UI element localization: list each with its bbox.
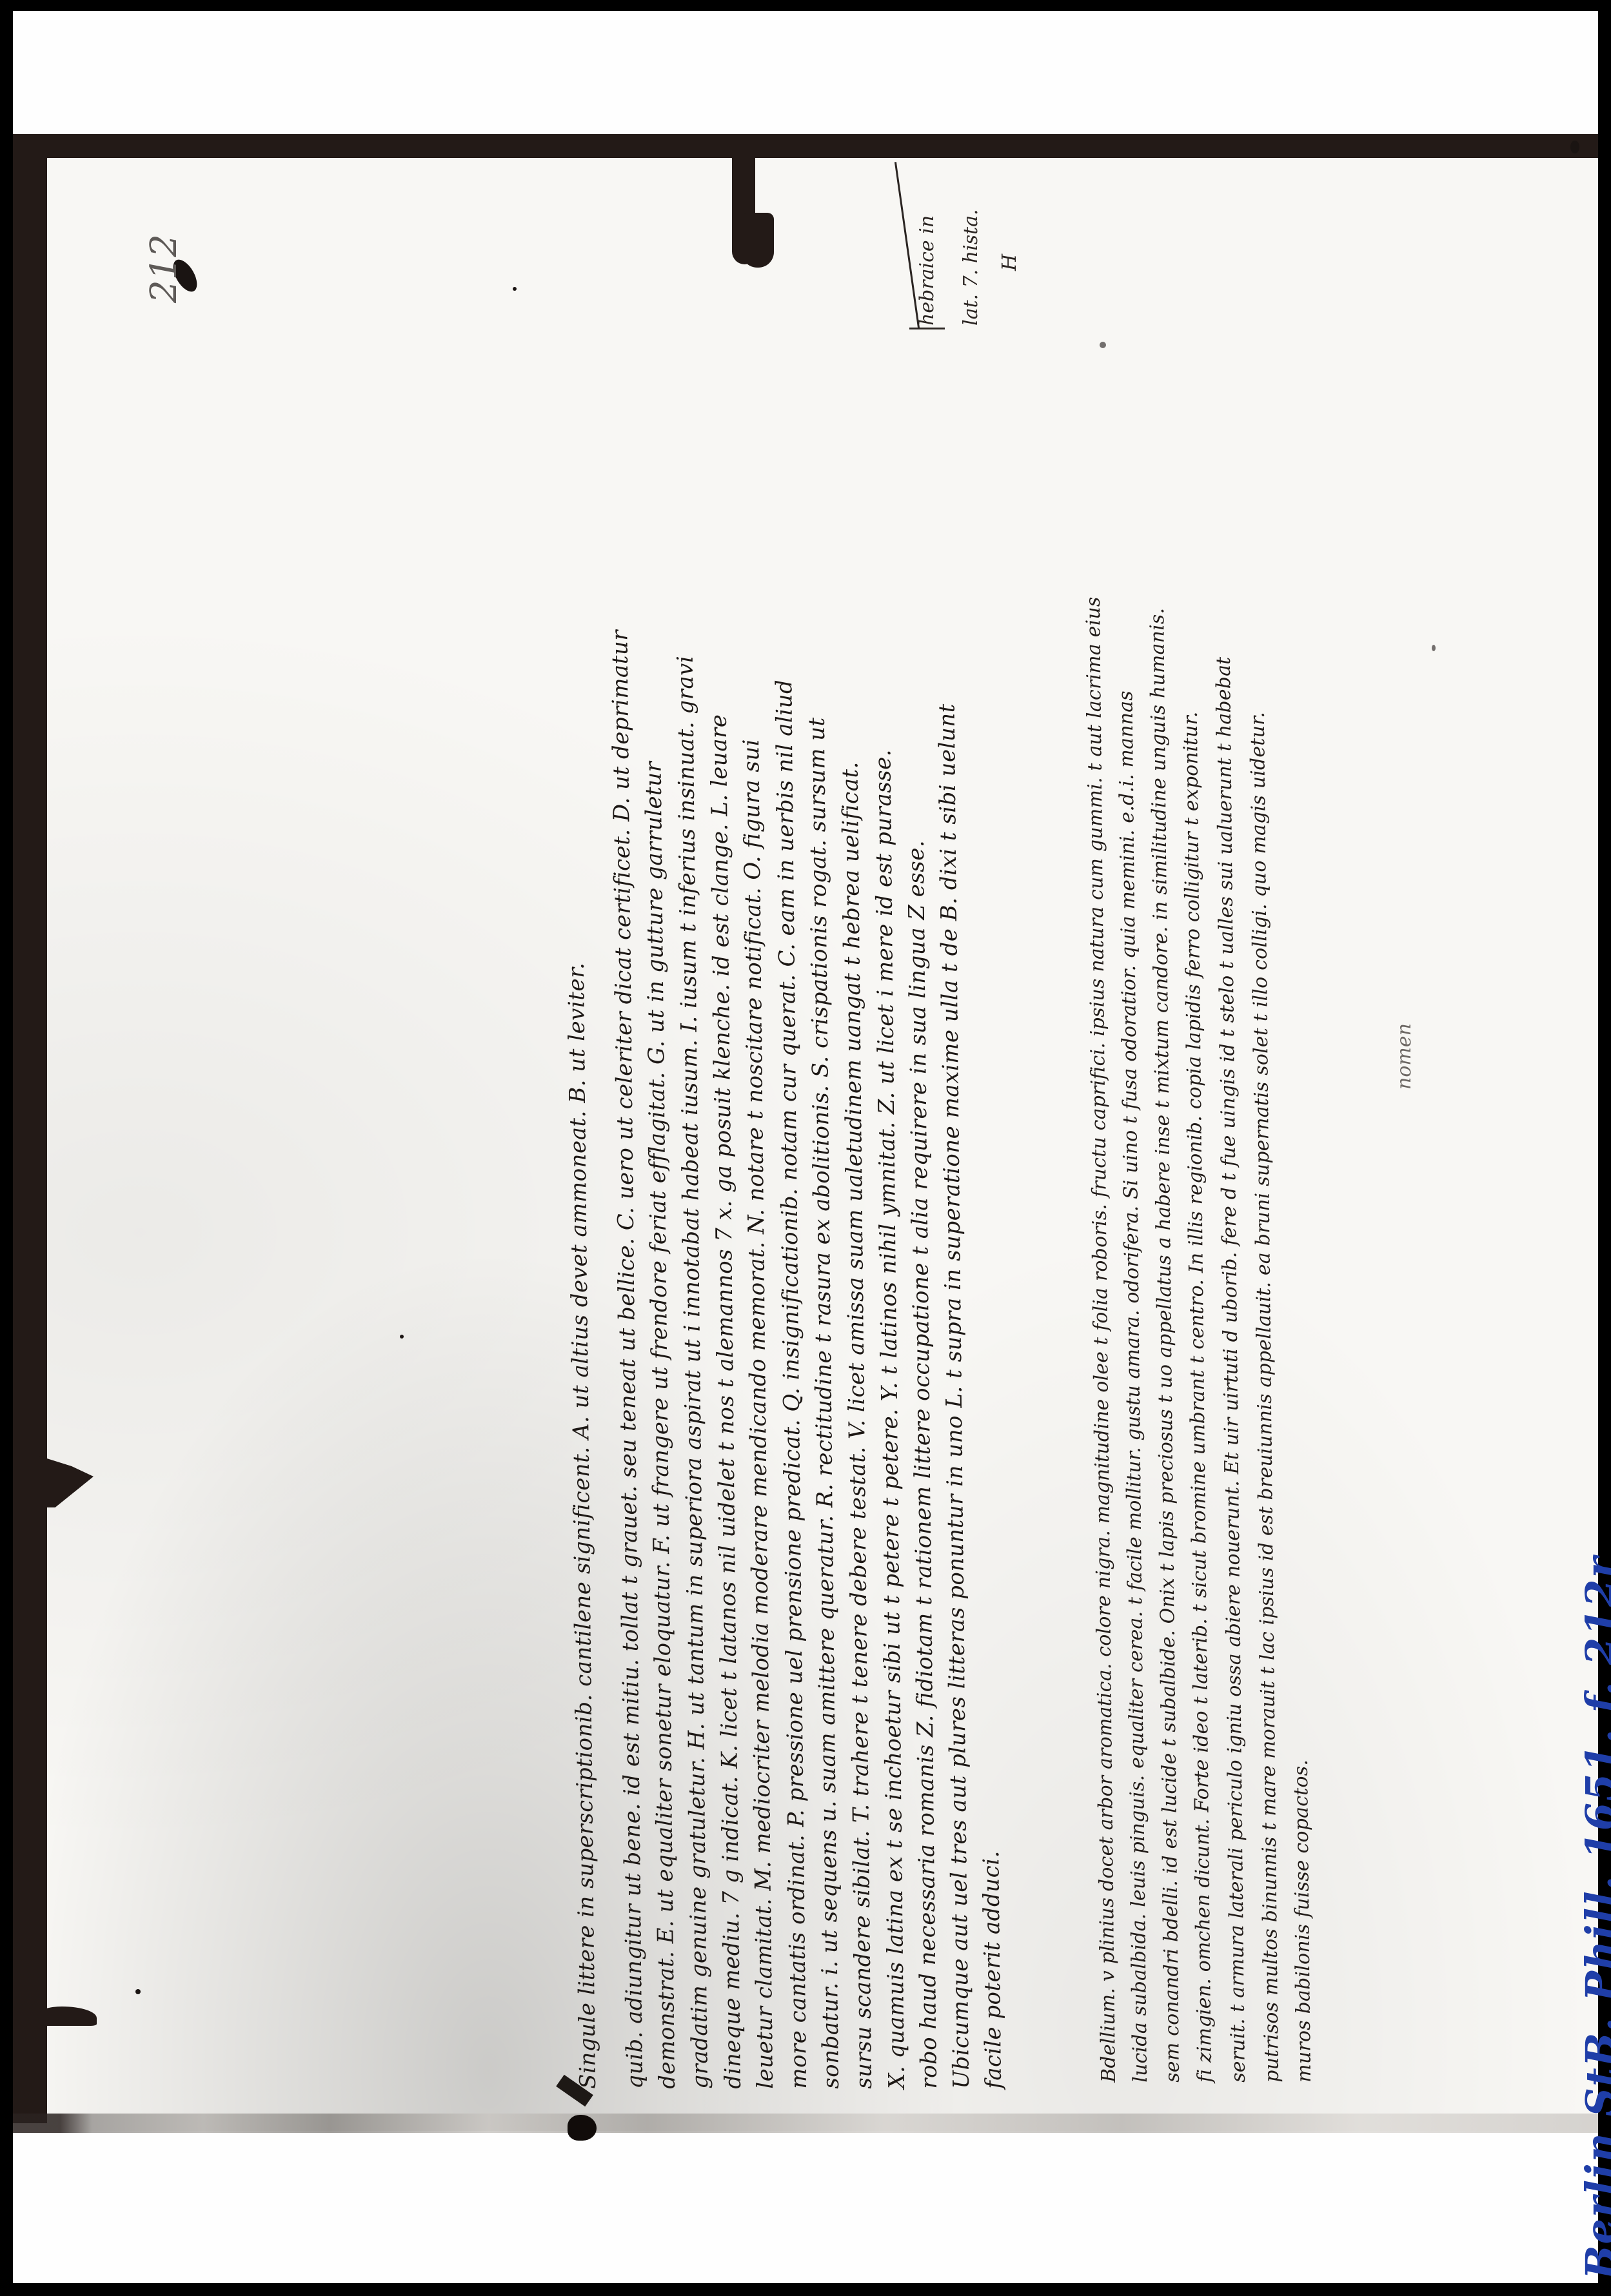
shelfmark-label: Berlin StB. Phill. 1651. f. 212r	[1577, 1556, 1611, 2279]
margin-note-line: lat. 7. hista.	[960, 209, 982, 326]
ink-speck	[1432, 645, 1436, 651]
scan-top-border	[13, 134, 1598, 158]
ink-speck	[1570, 141, 1579, 153]
ink-speck	[1100, 342, 1106, 348]
scan-bottom-shadow	[13, 2114, 1598, 2133]
margin-bracket-foot	[909, 328, 945, 329]
margin-note-line: H	[998, 254, 1021, 271]
faint-margin-note: nomen	[1393, 1023, 1416, 1090]
folio-number: 212	[143, 234, 185, 303]
ink-streak-tip	[742, 213, 774, 268]
ink-speck	[135, 1989, 141, 1994]
margin-note-line: hebraice in	[916, 215, 938, 326]
text-line: muros babilonis fuisse copactos.	[1289, 1760, 1318, 2083]
text-line: facile poterit adduci.	[978, 1850, 1007, 2089]
ink-speck	[400, 1335, 404, 1339]
ink-speck	[513, 287, 517, 291]
ink-blot	[568, 2115, 597, 2141]
scan-left-border	[13, 134, 47, 2123]
